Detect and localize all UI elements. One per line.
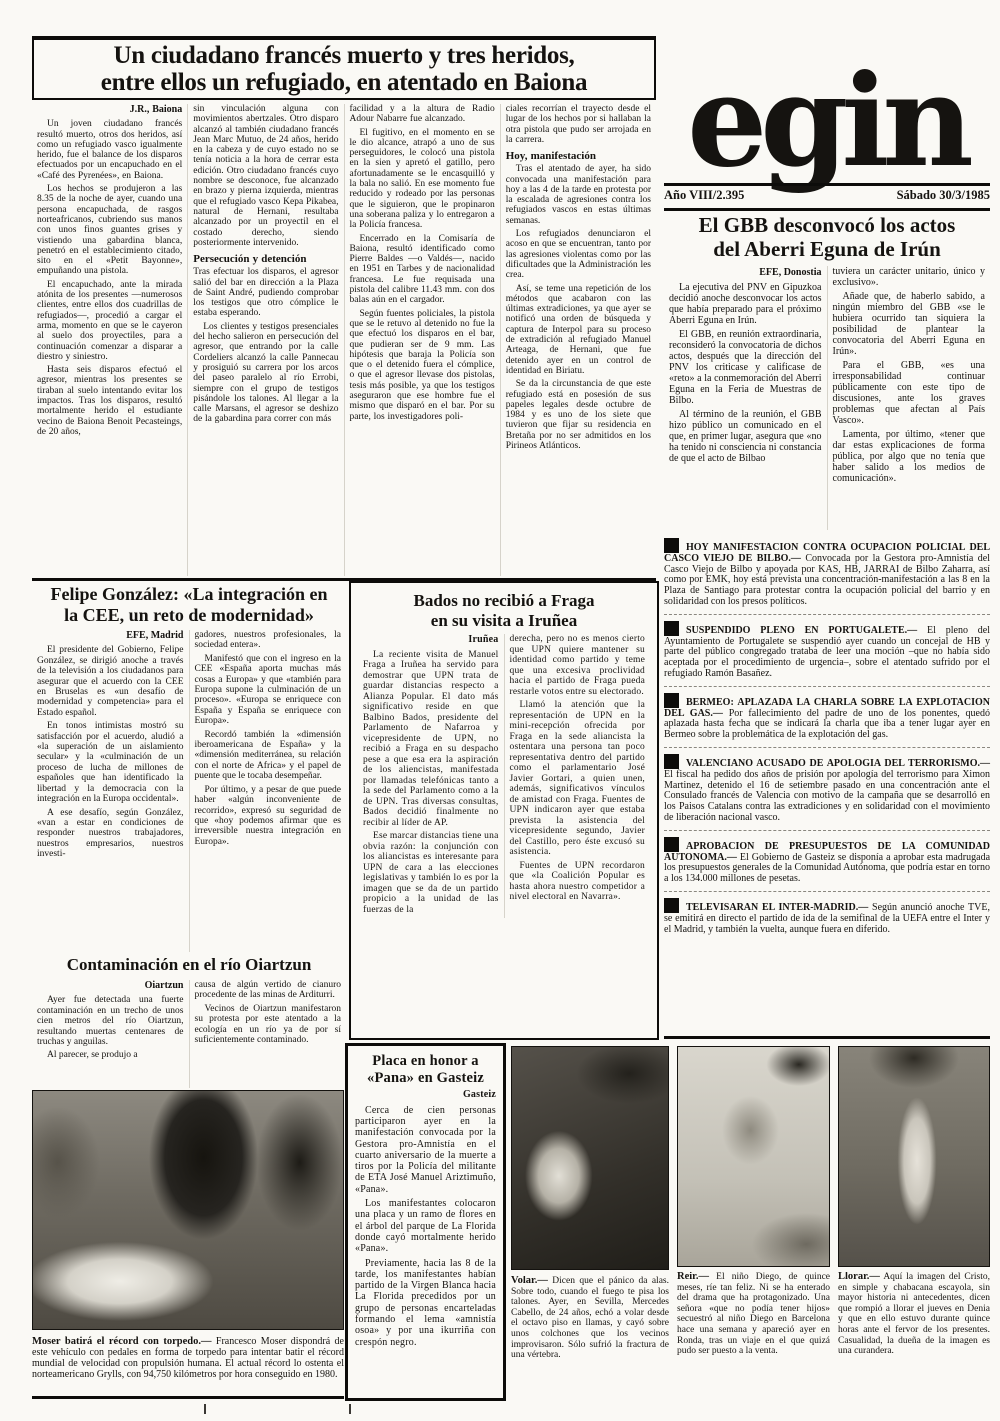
paragraph: El GBB, en reunión extraordinaria, recon… (669, 329, 822, 406)
brief-bullet-icon (664, 693, 679, 708)
lead-byline: J.R., Baiona (37, 105, 182, 115)
bados-headline-line2: en su visita a Iruñea (358, 611, 650, 631)
paragraph: Al término de la reunión, el GBB hizo pú… (669, 409, 822, 464)
gbb-headline: El GBB desconvocó los actos del Aberri E… (664, 214, 990, 261)
brief-bullet-icon (664, 538, 679, 553)
lead-column-1-text: Un joven ciudadano francés resultó muert… (37, 119, 182, 437)
bados-column-2-text: derecha, pero no es menos cierto que UPN… (510, 634, 646, 903)
paragraph: Previamente, hacia las 8 de la tarde, lo… (355, 1258, 496, 1348)
gbb-byline: EFE, Donostia (669, 267, 822, 278)
masthead-rule-bottom (664, 208, 990, 211)
felipe-column-1-text: El presidente del Gobierno, Felipe Gonzá… (37, 645, 184, 859)
paragraph: Los clientes y testigos presenciales del… (193, 322, 338, 425)
felipe-column-2-text: gadores, nuestros profesionales, la soci… (195, 630, 342, 847)
bados-article-columns: Iruñea La reciente visita de Manuel Frag… (358, 634, 650, 918)
volar-caption-label: Volar.— (511, 1276, 548, 1286)
felipe-headline-line2: la CEE, un reto de modernidad» (32, 605, 346, 626)
lead-column-3: facilidad y a la altura de Radio Adour N… (344, 104, 500, 576)
lead-column-3-text: facilidad y a la altura de Radio Adour N… (350, 104, 495, 422)
gbb-article-columns: EFE, Donostia La ejecutiva del PNV en Gi… (664, 266, 990, 530)
print-mark (204, 1404, 206, 1414)
pana-headline-line2: «Pana» en Gasteiz (355, 1070, 496, 1087)
bados-article-box: Bados no recibió a Fraga en su visita a … (349, 581, 659, 1040)
masthead-dateline: Año VIII/2.395 Sábado 30/3/1985 (664, 188, 990, 203)
brief-title: TELEVISARAN EL INTER-MADRID.— (686, 902, 868, 913)
paragraph: Hasta seis disparos efectuó el agresor, … (37, 365, 182, 437)
moser-caption: Moser batirá el récord con torpedo.— Fra… (32, 1336, 344, 1394)
paragraph: Recordó también la «dimensión iberoameri… (195, 730, 342, 782)
paragraph: Así, se teme una repetición de los métod… (506, 284, 651, 377)
brief-item-valenciano: VALENCIANO ACUSADO DE APOLOGIA DEL TERRO… (664, 754, 990, 831)
paragraph: La ejecutiva del PNV en Gipuzkoa decidió… (669, 282, 822, 326)
pana-headline: Placa en honor a «Pana» en Gasteiz (355, 1053, 496, 1086)
paragraph: A ese desafío, según González, «van a es… (37, 808, 184, 860)
gbb-column-1-text: La ejecutiva del PNV en Gipuzkoa decidió… (669, 282, 822, 464)
bados-byline: Iruñea (363, 635, 499, 646)
paragraph: El fugitivo, en el momento en se le dio … (350, 128, 495, 231)
paragraph: Vecinos de Oiartzun manifestaron su prot… (195, 1004, 342, 1046)
reir-caption-text: El niño Diego, de quince meses, ríe tan … (677, 1272, 830, 1356)
paragraph: Lamenta, por último, «tener que dar esta… (833, 429, 986, 484)
llorar-caption: Llorar.— Aquí la imagen del Cristo, en s… (838, 1272, 990, 1402)
paragraph: Por último, y a pesar de que puede haber… (195, 785, 342, 847)
paragraph: Los refugiados denunciaron el acoso en q… (506, 229, 651, 280)
gbb-column-1: EFE, Donostia La ejecutiva del PNV en Gi… (664, 266, 827, 530)
paragraph: derecha, pero no es menos cierto que UPN… (510, 634, 646, 697)
brief-item-inter-madrid: TELEVISARAN EL INTER-MADRID.— Según anun… (664, 898, 990, 941)
lead-column-2: sin vinculación alguna con movimientos a… (187, 104, 343, 576)
brief-bullet-icon (664, 621, 679, 636)
newspaper-front-page: Un ciudadano francés muerto y tres herid… (0, 0, 1000, 1421)
brief-item-presupuestos: APROBACION DE PRESUPUESTOS DE LA COMUNID… (664, 837, 990, 892)
lead-column-1: J.R., Baiona Un joven ciudadano francés … (32, 104, 187, 576)
brief-body: El fiscal ha pedido dos años de prisión … (664, 769, 990, 823)
pana-headline-line1: Placa en honor a (355, 1053, 496, 1070)
lead-headline-box: Un ciudadano francés muerto y tres herid… (32, 36, 656, 100)
felipe-byline: EFE, Madrid (37, 631, 184, 641)
moser-caption-label: Moser batirá el récord con torpedo.— (32, 1336, 212, 1347)
oiartzun-article-columns: Oiartzun Ayer fue detectada una fuerte c… (32, 980, 346, 1088)
paragraph: Ese marcar distancias tiene una obvia ra… (363, 831, 499, 915)
paragraph: Al parecer, se produjo a (37, 1050, 184, 1060)
bados-column-2: derecha, pero no es menos cierto que UPN… (504, 634, 651, 918)
volar-caption: Volar.— Dicen que el pánico da alas. Sob… (511, 1276, 669, 1402)
felipe-headline-line1: Felipe González: «La integración en (32, 584, 346, 605)
paragraph: Se da la circunstancia de que este refug… (506, 379, 651, 451)
llorar-caption-label: Llorar.— (838, 1272, 880, 1282)
paragraph: Añade que, de haberlo sabido, a ningún m… (833, 291, 986, 357)
felipe-column-1: EFE, Madrid El presidente del Gobierno, … (32, 630, 189, 952)
oiartzun-byline: Oiartzun (37, 981, 184, 991)
llorar-cristo-photo (838, 1046, 990, 1267)
felipe-article-columns: EFE, Madrid El presidente del Gobierno, … (32, 630, 346, 952)
brief-bullet-icon (664, 837, 679, 852)
pana-byline: Gasteiz (355, 1089, 496, 1100)
paragraph: sin vinculación alguna con movimientos a… (193, 104, 338, 248)
lead-subhead-persecucion: Persecución y detención (193, 253, 338, 265)
volar-photo (511, 1046, 669, 1270)
paragraph: Cerca de cien personas participaron ayer… (355, 1105, 496, 1195)
edition-number: Año VIII/2.395 (664, 188, 744, 203)
reir-child-photo (677, 1046, 830, 1267)
paragraph: Para el GBB, «es una irresponsabilidad c… (833, 360, 986, 426)
lead-article-columns: J.R., Baiona Un joven ciudadano francés … (32, 104, 656, 576)
paragraph: causa de algún vertido de cianuro proced… (195, 980, 342, 1001)
paragraph: Los manifestantes colocaron una placa y … (355, 1198, 496, 1254)
lead-headline-line2: entre ellos un refugiado, en atentado en… (34, 69, 654, 97)
paragraph: La reciente visita de Manuel Fraga a Iru… (363, 650, 499, 829)
paragraph: Llamó la atención que la representación … (510, 700, 646, 858)
felipe-headline: Felipe González: «La integración en la C… (32, 584, 346, 625)
gbb-headline-line1: El GBB desconvocó los actos (664, 214, 990, 238)
paragraph: Encerrado en la Comisaría de Baiona, res… (350, 234, 495, 306)
lead-headline-line1: Un ciudadano francés muerto y tres herid… (34, 42, 654, 70)
paragraph: ciales recorrían el trayecto desde el lu… (506, 104, 651, 145)
brief-item-bermeo: BERMEO: APLAZADA LA CHARLA SOBRE LA EXPL… (664, 693, 990, 748)
paragraph: gadores, nuestros profesionales, la soci… (195, 630, 342, 651)
paragraph: Según fuentes policiales, la pistola que… (350, 309, 495, 422)
moser-torpedo-photo (32, 1090, 344, 1330)
bados-headline-line1: Bados no recibió a Fraga (358, 591, 650, 611)
brief-item-portugalete: SUSPENDIDO PLENO EN PORTUGALETE.— El ple… (664, 621, 990, 687)
pana-article-box: Placa en honor a «Pana» en Gasteiz Gaste… (345, 1043, 506, 1401)
print-mark (349, 1404, 351, 1414)
briefs-bottom-rule (664, 1036, 990, 1039)
bados-column-1-text: La reciente visita de Manuel Fraga a Iru… (363, 650, 499, 916)
paragraph: Tras el atentado de ayer, ha sido convoc… (506, 164, 651, 226)
moser-bottom-rule (32, 1396, 344, 1399)
paragraph: Tras efectuar los disparos, el agresor s… (193, 267, 338, 318)
brief-bullet-icon (664, 754, 679, 769)
lead-column-4: ciales recorrían el trayecto desde el lu… (500, 104, 656, 576)
paragraph: Manifestó que con el ingreso en la CEE «… (195, 654, 342, 727)
oiartzun-headline: Contaminación en el río Oiartzun (32, 956, 346, 975)
reir-caption: Reir.— El niño Diego, de quince meses, r… (677, 1272, 830, 1402)
bados-column-1: Iruñea La reciente visita de Manuel Frag… (358, 634, 504, 918)
brief-title: VALENCIANO ACUSADO DE APOLOGIA DEL TERRO… (686, 758, 990, 769)
volar-caption-text: Dicen que el pánico da alas. Sobre todo,… (511, 1276, 669, 1360)
paragraph: tuviera un carácter unitario, único y ex… (833, 266, 986, 288)
brief-bullet-icon (664, 898, 679, 913)
paragraph: facilidad y a la altura de Radio Adour N… (350, 104, 495, 125)
oiartzun-column-2-text: causa de algún vertido de cianuro proced… (195, 980, 342, 1045)
paragraph: El presidente del Gobierno, Felipe Gonzá… (37, 645, 184, 718)
oiartzun-column-1: Oiartzun Ayer fue detectada una fuerte c… (32, 980, 189, 1088)
news-briefs: HOY MANIFESTACION CONTRA OCUPACION POLIC… (664, 538, 990, 947)
paragraph: El encapuchado, ante la mirada atónita d… (37, 280, 182, 362)
oiartzun-column-2: causa de algún vertido de cianuro proced… (189, 980, 347, 1088)
paragraph: Los hechos se produjeron a las 8.35 de l… (37, 184, 182, 277)
oiartzun-column-1-text: Ayer fue detectada una fuerte contaminac… (37, 995, 184, 1060)
lead-column-2-text-b: Tras efectuar los disparos, el agresor s… (193, 267, 338, 424)
bados-headline: Bados no recibió a Fraga en su visita a … (358, 591, 650, 630)
llorar-caption-text: Aquí la imagen del Cristo, en simple y c… (838, 1272, 990, 1356)
brief-item-bilbo: HOY MANIFESTACION CONTRA OCUPACION POLIC… (664, 538, 990, 615)
pana-text: Cerca de cien personas participaron ayer… (355, 1105, 496, 1348)
newspaper-logo: egin (664, 22, 990, 180)
masthead-rule-top (664, 183, 990, 186)
paragraph: Ayer fue detectada una fuerte contaminac… (37, 995, 184, 1047)
gbb-column-2: tuviera un carácter unitario, único y ex… (827, 266, 991, 530)
gbb-column-2-text: tuviera un carácter unitario, único y ex… (833, 266, 986, 484)
lead-column-4-text-a: ciales recorrían el trayecto desde el lu… (506, 104, 651, 145)
paragraph: Un joven ciudadano francés resultó muert… (37, 119, 182, 181)
brief-title: SUSPENDIDO PLENO EN PORTUGALETE.— (686, 625, 917, 636)
reir-caption-label: Reir.— (677, 1272, 709, 1282)
lead-subhead-manifestacion: Hoy, manifestación (506, 150, 651, 162)
paragraph: En tonos intimistas mostró su satisfacci… (37, 721, 184, 804)
felipe-column-2: gadores, nuestros profesionales, la soci… (189, 630, 347, 952)
paragraph: Fuentes de UPN recordaron que «la Coalic… (510, 861, 646, 903)
lead-column-2-text-a: sin vinculación alguna con movimientos a… (193, 104, 338, 248)
gbb-headline-line2: del Aberri Eguna de Irún (664, 238, 990, 262)
issue-date: Sábado 30/3/1985 (897, 188, 990, 203)
lead-column-4-text-b: Tras el atentado de ayer, ha sido convoc… (506, 164, 651, 451)
